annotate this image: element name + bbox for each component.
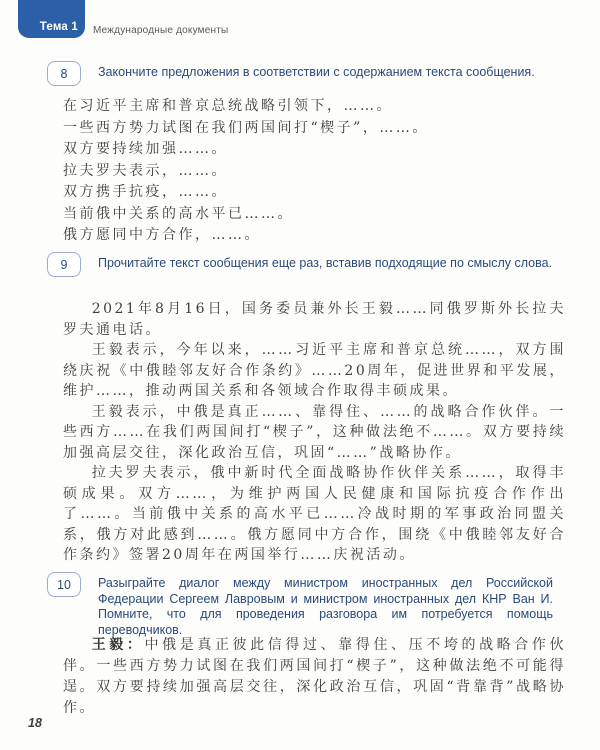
exercise-8-instruction: Закончите предложения в соответствии с с… <box>98 61 553 81</box>
exercise-9-badge: 9 <box>47 252 81 277</box>
exercise-9-paragraph: 拉夫罗夫表示，俄中新时代全面战略协作伙伴关系……，取得丰硕成果。双方……，为维护… <box>63 463 566 566</box>
exercise-8-sentence: 俄方愿同中方合作，……。 <box>63 225 566 247</box>
exercise-9-text: 2021年8月16日，国务委员兼外长王毅……同俄罗斯外长拉夫罗夫通电话。 王毅表… <box>63 299 566 566</box>
textbook-page: Тема 1 Международные документы 8 Закончи… <box>0 0 600 750</box>
exercise-9-paragraph: 王毅表示，今年以来，……习近平主席和普京总统……，双方围绕庆祝《中俄睦邻友好合作… <box>63 340 566 402</box>
exercise-8-sentence: 拉夫罗夫表示，……。 <box>63 161 566 183</box>
exercise-10-header: 10 Разыграйте диалог между министром ино… <box>47 572 553 638</box>
dialog-speaker: 王毅： <box>92 637 145 653</box>
exercise-9-paragraph: 2021年8月16日，国务委员兼外长王毅……同俄罗斯外长拉夫罗夫通电话。 <box>63 299 566 340</box>
exercise-8-sentence: 当前俄中关系的高水平已……。 <box>63 204 566 226</box>
exercise-10-dialog: 王毅：中俄是真正彼此信得过、靠得住、压不垮的战略合作伙伴。一些西方势力试图在我们… <box>63 635 566 719</box>
exercise-9-paragraph: 王毅表示，中俄是真正……、靠得住、……的战略合作伙伴。一些西方……在我们两国间打… <box>63 402 566 464</box>
exercise-8-header: 8 Закончите предложения в соответствии с… <box>47 61 553 86</box>
topic-tab: Тема 1 <box>18 0 85 38</box>
exercise-8-sentence: 双方要持续加强……。 <box>63 139 566 161</box>
topic-label: Тема 1 <box>40 21 78 33</box>
page-number: 18 <box>28 716 42 730</box>
exercise-10-badge: 10 <box>47 572 81 597</box>
exercise-10-text: 王毅：中俄是真正彼此信得过、靠得住、压不垮的战略合作伙伴。一些西方势力试图在我们… <box>63 635 566 719</box>
exercise-9-instruction: Прочитайте текст сообщения еще раз, вста… <box>98 252 553 272</box>
exercise-10-number: 10 <box>57 578 71 592</box>
exercise-8-number: 8 <box>61 67 68 81</box>
exercise-10-instruction: Разыграйте диалог между министром иностр… <box>98 572 553 638</box>
exercise-8-sentences: 在习近平主席和普京总统战略引领下，……。 一些西方势力试图在我们两国间打“楔子”… <box>63 96 566 247</box>
exercise-8-sentence: 在习近平主席和普京总统战略引领下，……。 <box>63 96 566 118</box>
exercise-8-sentence: 双方携手抗疫，……。 <box>63 182 566 204</box>
exercise-8-badge: 8 <box>47 61 81 86</box>
exercise-9-number: 9 <box>61 258 68 272</box>
exercise-9-header: 9 Прочитайте текст сообщения еще раз, вс… <box>47 252 553 277</box>
section-title: Международные документы <box>93 25 228 36</box>
exercise-8-sentence: 一些西方势力试图在我们两国间打“楔子”，……。 <box>63 118 566 140</box>
